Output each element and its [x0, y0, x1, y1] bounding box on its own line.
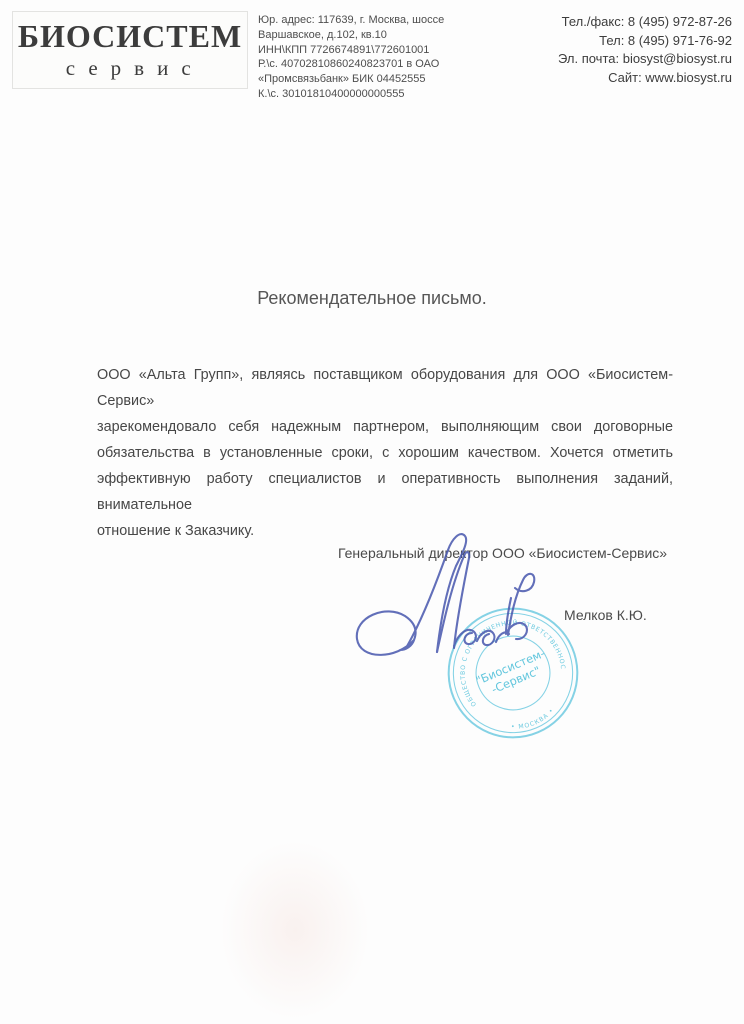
- letter-title: Рекомендательное письмо.: [0, 288, 744, 309]
- address-line: «Промсвязьбанк» БИК 04452555: [258, 72, 476, 87]
- body-line: обязательства в установленные сроки, с х…: [97, 440, 673, 466]
- company-logo-subtitle: сервис: [22, 53, 247, 83]
- company-contacts-block: Тел./факс: 8 (495) 972-87-26 Тел: 8 (495…: [482, 13, 732, 87]
- signature-ink: [348, 528, 553, 673]
- company-address-block: Юр. адрес: 117639, г. Москва, шоссе Варш…: [258, 13, 476, 102]
- scanned-letter-page: БИОСИСТЕМ сервис Юр. адрес: 117639, г. М…: [0, 0, 744, 1024]
- scan-smudge: [220, 840, 370, 1020]
- company-logo: БИОСИСТЕМ сервис: [12, 11, 248, 89]
- contact-email: Эл. почта: biosyst@biosyst.ru: [482, 50, 732, 69]
- body-line: эффективную работу специалистов и операт…: [97, 466, 673, 518]
- company-logo-title: БИОСИСТЕМ: [13, 19, 247, 53]
- contact-phone: Тел: 8 (495) 971-76-92: [482, 32, 732, 51]
- body-line: зарекомендовало себя надежным партнером,…: [97, 414, 673, 440]
- address-line: Юр. адрес: 117639, г. Москва, шоссе: [258, 13, 476, 28]
- signatory-name: Мелков К.Ю.: [564, 607, 647, 623]
- body-line: ООО «Альта Групп», являясь поставщиком о…: [97, 362, 673, 414]
- address-line: К.\с. 30101810400000000555: [258, 87, 476, 102]
- handwritten-signature: [348, 528, 553, 673]
- contact-website: Сайт: www.biosyst.ru: [482, 69, 732, 88]
- letter-body: ООО «Альта Групп», являясь поставщиком о…: [97, 362, 673, 544]
- address-line: ИНН\КПП 7726674891\772601001: [258, 43, 476, 58]
- contact-phone-fax: Тел./факс: 8 (495) 972-87-26: [482, 13, 732, 32]
- address-line: Варшавское, д.102, кв.10: [258, 28, 476, 43]
- address-line: Р.\с. 40702810860240823701 в ОАО: [258, 57, 476, 72]
